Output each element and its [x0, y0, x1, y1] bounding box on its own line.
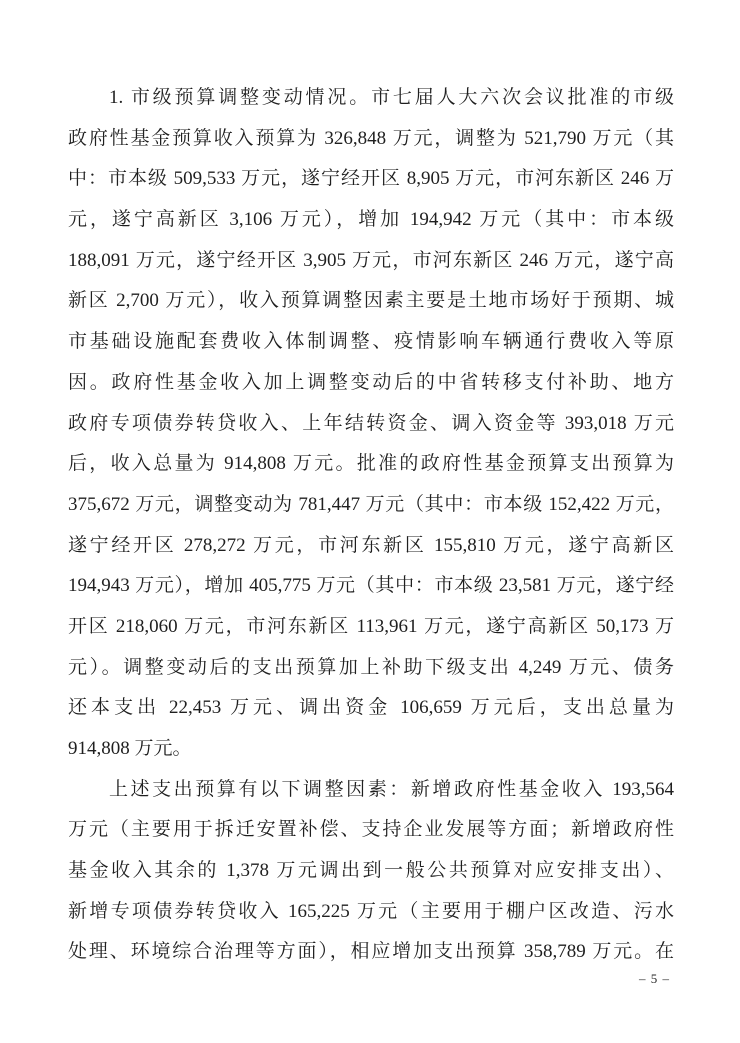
document-line: 1. 市级预算调整变动情况。市七届人大六次会议批准的市级: [68, 78, 674, 119]
document-line: 中：市本级 509,533 万元，遂宁经开区 8,905 万元，市河东新区 24…: [68, 159, 674, 200]
document-line: 188,091 万元，遂宁经开区 3,905 万元，市河东新区 246 万元，遂…: [68, 241, 674, 282]
document-line: 政府性基金预算收入预算为 326,848 万元，调整为 521,790 万元（其: [68, 119, 674, 160]
document-line: 914,808 万元。: [68, 729, 674, 770]
document-line: 194,943 万元），增加 405,775 万元（其中：市本级 23,581 …: [68, 566, 674, 607]
document-line: 政府专项债券转贷收入、上年结转资金、调入资金等 393,018 万元: [68, 404, 674, 445]
document-line: 处理、环境综合治理等方面），相应增加支出预算 358,789 万元。在: [68, 932, 674, 973]
document-line: 元，遂宁高新区 3,106 万元），增加 194,942 万元（其中：市本级: [68, 200, 674, 241]
page-number: – 5 –: [639, 971, 670, 987]
document-line: 基金收入其余的 1,378 万元调出到一般公共预算对应安排支出）、: [68, 851, 674, 892]
document-line: 新增专项债券转贷收入 165,225 万元（主要用于棚户区改造、污水: [68, 892, 674, 933]
document-line: 后，收入总量为 914,808 万元。批准的政府性基金预算支出预算为: [68, 444, 674, 485]
document-line: 还本支出 22,453 万元、调出资金 106,659 万元后，支出总量为: [68, 688, 674, 729]
document-line: 开区 218,060 万元，市河东新区 113,961 万元，遂宁高新区 50,…: [68, 607, 674, 648]
document-line: 元）。调整变动后的支出预算加上补助下级支出 4,249 万元、债务: [68, 648, 674, 689]
document-body: 1. 市级预算调整变动情况。市七届人大六次会议批准的市级政府性基金预算收入预算为…: [68, 78, 674, 973]
document-line: 万元（主要用于拆迁安置补偿、支持企业发展等方面；新增政府性: [68, 810, 674, 851]
document-line: 遂宁经开区 278,272 万元，市河东新区 155,810 万元，遂宁高新区: [68, 526, 674, 567]
document-line: 因。政府性基金收入加上调整变动后的中省转移支付补助、地方: [68, 363, 674, 404]
document-line: 市基础设施配套费收入体制调整、疫情影响车辆通行费收入等原: [68, 322, 674, 363]
document-line: 新区 2,700 万元），收入预算调整因素主要是土地市场好于预期、城: [68, 281, 674, 322]
document-line: 上述支出预算有以下调整因素：新增政府性基金收入 193,564: [68, 770, 674, 811]
document-line: 375,672 万元，调整变动为 781,447 万元（其中：市本级 152,4…: [68, 485, 674, 526]
document-page: 1. 市级预算调整变动情况。市七届人大六次会议批准的市级政府性基金预算收入预算为…: [0, 0, 740, 1043]
